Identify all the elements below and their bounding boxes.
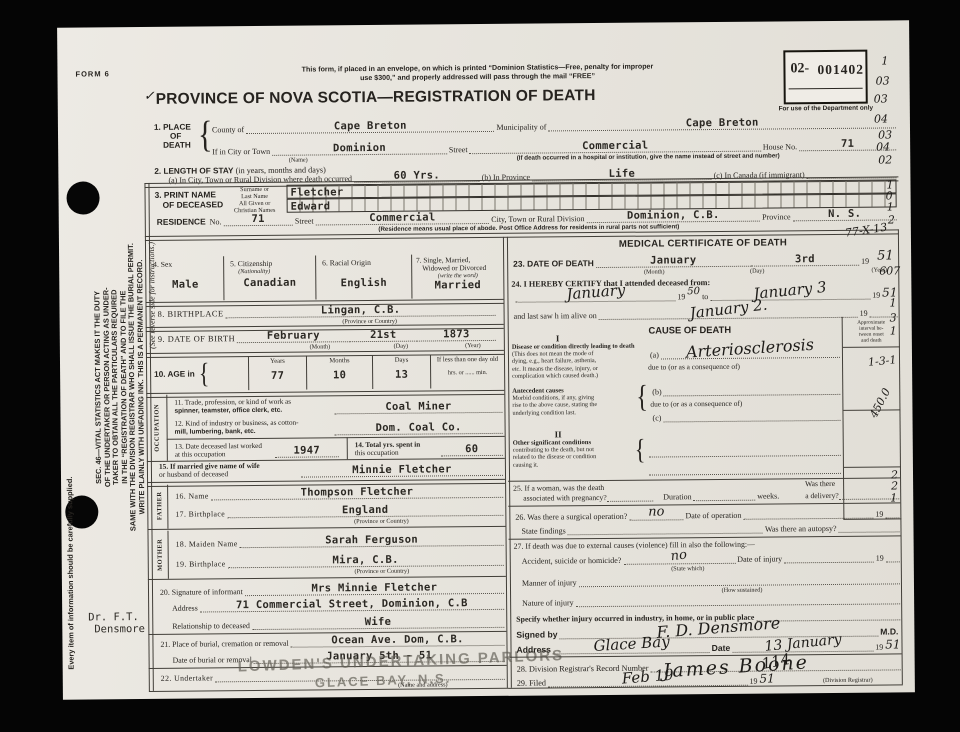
burial-place-value: Ocean Ave. Dom, C.B. <box>331 633 464 646</box>
age-row: 10. AGE in { Years 77 Months 10 Days 13 … <box>148 354 504 391</box>
margin-mark: 607 <box>879 264 900 277</box>
age-years-label: Years <box>249 356 306 366</box>
serial-number: 001402 <box>817 62 864 78</box>
doctor-name-typed: Dr. F.T. Densmore <box>88 611 145 635</box>
last-worked-line: 13. Date deceased last worked at this oc… <box>173 439 339 458</box>
pregnancy-duration-line: Duration weeks. <box>661 489 781 501</box>
certify-to-year-pre: 19 <box>872 291 880 300</box>
margin-mark: 1 <box>890 324 897 337</box>
age-days-cell: Days 13 <box>372 354 430 389</box>
residence-no-value: 71 <box>251 213 264 225</box>
medical-title: MEDICAL CERTIFICATE OF DEATH <box>509 236 897 250</box>
mother-name-line: 18. Maiden Name Sarah Ferguson <box>174 534 504 549</box>
md-date-year-hw: 51 <box>885 637 900 651</box>
margin-mark: 02 <box>878 153 892 166</box>
rule-under-father <box>147 526 505 530</box>
other-line-1 <box>649 447 841 458</box>
occupation-group-label: OCCUPATION <box>153 397 161 459</box>
informant-relation-value: Wife <box>365 616 392 628</box>
place-of-death-label: 1. PLACE OF DEATH <box>154 123 191 150</box>
given-name-value: Edward <box>291 200 331 212</box>
accident-label: Accident, suicide or homicide? <box>522 556 622 566</box>
disease-description: Disease or condition directly leading to… <box>512 343 644 380</box>
house-no-value: 71 <box>841 138 854 150</box>
accident-line: Accident, suicide or homicide? no Date o… <box>520 548 900 565</box>
cause-b-line: (b) <box>650 385 840 397</box>
serial-number-box: 02- 001402 <box>783 50 867 105</box>
antecedent-description: Antecedent causes Morbid conditions, if … <box>512 387 648 417</box>
age-brace: { <box>199 357 210 391</box>
dob-year: 1873 <box>443 328 470 340</box>
weeks-label: weeks. <box>757 491 779 500</box>
margin-mark: 1 <box>890 491 897 504</box>
injury-date-label: Date of injury <box>737 554 782 563</box>
findings-label: State findings <box>521 526 565 535</box>
age-months-cell: Months 10 <box>306 355 372 390</box>
cause-due-1: due to (or as a consequence of) <box>648 362 740 372</box>
pregnancy-label-2-line: associated with pregnancy? <box>523 491 653 503</box>
age-label-cell: 10. AGE in { <box>148 356 248 391</box>
vitals-row: 4. Sex Male 5. Citizenship (Nationality)… <box>147 254 503 301</box>
scanned-death-certificate: { "header": { "form_number": "FORM 6", "… <box>0 0 960 732</box>
accident-value-hw: no <box>670 547 688 564</box>
margin-mark: 03 <box>874 92 888 105</box>
sec46-vertical-note: SEC. 46—VITAL STATISTICS ACT MAKES IT TH… <box>92 161 148 613</box>
residence-no-label: No. <box>210 217 222 226</box>
house-no-label: House No. <box>763 142 797 151</box>
residence-division-value: Dominion, C.B. <box>627 209 720 222</box>
trade-value: Coal Miner <box>385 400 451 413</box>
margin-mark: 2 <box>888 213 895 226</box>
mother-name-label: 18. Maiden Name <box>176 539 238 549</box>
county-value: Cape Breton <box>334 120 407 133</box>
certify-from-year-hw: 50 <box>687 286 700 297</box>
cause-part2-roman: II <box>555 429 562 439</box>
margin-mark: 03 <box>876 74 890 87</box>
margin-mark: 1 <box>887 200 894 213</box>
age-months-value: 10 <box>307 369 372 382</box>
municipality-value: Cape Breton <box>686 117 759 130</box>
filed-label: 29. Filed <box>517 678 546 687</box>
serial-box-rule <box>789 88 863 90</box>
father-birthplace-note: (Province or Country) <box>301 517 461 525</box>
certificate-paper: FORM 6 SEC. 46—VITAL STATISTICS ACT MAKE… <box>57 20 915 699</box>
duration-label: Duration <box>663 492 692 501</box>
informant-relation-label: Relationship to deceased <box>172 621 250 631</box>
age-less-label: If less than one day old <box>431 354 504 364</box>
last-worked-label: 13. Date deceased last worked at this oc… <box>175 442 273 459</box>
cause-c-label: (c) <box>652 413 661 422</box>
date-of-birth-line: 9. DATE OF BIRTH February 21st 1873 <box>156 329 496 344</box>
residence-label: RESIDENCE <box>157 216 206 226</box>
findings-line: State findings Was there an autopsy? <box>519 520 899 535</box>
total-years-label: 14. Total yrs. spent in this occupation <box>355 440 439 457</box>
mail-note: This form, if placed in an envelope, on … <box>207 62 747 85</box>
county-label: County of <box>212 125 244 134</box>
dod-year-handwritten: 51 <box>877 248 894 263</box>
rule-under-mother <box>148 576 506 580</box>
cause-due-2: due to (or as a consequence of) <box>650 399 742 409</box>
cause-a-value: Arteriosclerosis <box>686 335 815 362</box>
occ-1314-divider <box>347 437 348 459</box>
spouse-value: Minnie Fletcher <box>352 463 451 476</box>
informant-label: 20. Signature of informant <box>160 587 243 597</box>
dod-day-note: (Day) <box>727 267 787 275</box>
burial-place-label: 21. Place of burial, cremation or remova… <box>160 639 288 649</box>
last-worked-value: 1947 <box>293 444 320 456</box>
surname-cell-label: Surname or Last Name <box>224 186 284 201</box>
cause-c-line: (c) <box>650 411 840 423</box>
father-birthplace-label: 17. Birthplace <box>175 509 225 518</box>
md-label: M.D. <box>880 626 898 636</box>
city-value: Dominion <box>333 142 386 154</box>
md-address-hw: Glace Bay <box>593 632 670 655</box>
operation-label: 26. Was there a surgical operation? <box>515 512 627 522</box>
birthplace-label: 8. BIRTHPLACE <box>158 309 224 319</box>
cause-a-label: (a) <box>650 350 659 359</box>
racial-origin-cell: 6. Racial Origin English <box>315 255 411 300</box>
dod-month: January <box>650 254 696 266</box>
municipality-label: Municipality of <box>496 122 546 131</box>
total-years-value: 60 <box>465 443 478 455</box>
last-seen-hw: January 2. <box>688 296 767 323</box>
dob-month-note: (Month) <box>290 343 350 351</box>
city-label: If in City or Town <box>212 147 270 157</box>
mother-birthplace-note: (Province or Country) <box>302 567 462 575</box>
date-of-death-line: 23. DATE OF DEATH January 3rd 19 <box>511 253 871 269</box>
age-days-value: 13 <box>373 368 430 380</box>
residence-province-label: Province <box>762 212 791 221</box>
street-value: Commercial <box>582 140 648 153</box>
dob-month: February <box>267 329 320 341</box>
age-years-value: 77 <box>249 369 306 381</box>
city-name-note: (Name) <box>238 156 358 164</box>
last-seen-label: and last saw h im alive on <box>514 311 597 321</box>
print-name-label: 3. PRINT NAME OF DECEASED <box>155 189 224 210</box>
margin-mark: 1-3-1 <box>867 353 897 369</box>
birthplace-value: Lingan, C.B. <box>321 304 401 317</box>
mother-birthplace-value: Mira, C.B. <box>332 554 398 567</box>
filed-year-pre: 19 <box>749 677 757 686</box>
manner-line: Manner of injury <box>520 572 900 587</box>
state-which-note: (State which) <box>638 565 738 573</box>
informant-address-line: Address 71 Commercial Street, Dominion, … <box>170 598 504 613</box>
age-years-cell: Years 77 <box>248 356 306 391</box>
marital-status-cell: 7. Single, Married, Widowed or Divorced … <box>411 254 503 299</box>
citizenship-cell: 5. Citizenship (Nationality) Canadian <box>223 255 315 300</box>
father-group-label: FATHER <box>156 486 163 526</box>
manner-label: Manner of injury <box>522 578 577 587</box>
sex-cell: 4. Sex Male <box>147 256 223 301</box>
md-address-label: Address <box>516 644 550 654</box>
check-mark: ✓ <box>144 89 155 104</box>
md-date-label: Date <box>712 643 731 653</box>
residence-street-value: Commercial <box>369 211 435 224</box>
father-cell-divider <box>167 485 168 529</box>
autopsy-label: Was there an autopsy? <box>765 524 837 534</box>
dod-year-pre: 19 <box>861 257 869 266</box>
residence-street-label: Street <box>295 216 314 225</box>
rule-under-cause <box>508 477 900 481</box>
cause-part1-roman: I <box>556 333 560 343</box>
last-seen-line: and last saw h im alive on January 2. 19 <box>512 304 898 320</box>
mother-birthplace-label: 19. Birthplace <box>176 559 226 568</box>
dob-year-note: (Year) <box>450 342 496 349</box>
industry-label: 12. Kind of industry or business, as cot… <box>175 418 333 436</box>
antecedent-brace: { <box>636 381 648 416</box>
informant-value: Mrs Minnie Fletcher <box>311 581 437 594</box>
father-name-value: Thompson Fletcher <box>301 486 414 499</box>
page-title: PROVINCE OF NOVA SCOTIA—REGISTRATION OF … <box>156 87 596 109</box>
margin-mark: 3 <box>890 311 897 324</box>
margin-mark: 04 <box>874 112 888 125</box>
every-item-note: Every item of information should be care… <box>64 408 75 670</box>
residence-division-label: City, Town or Rural Division <box>491 214 584 224</box>
racial-origin-label: 6. Racial Origin <box>316 255 411 268</box>
dod-day: 3rd <box>795 253 815 265</box>
mother-cell-divider <box>167 531 168 579</box>
citizenship-value: Canadian <box>224 277 315 290</box>
dod-month-note: (Month) <box>619 268 689 276</box>
injury-year-pre: 19 <box>876 554 884 563</box>
department-note: For use of the Department only <box>746 104 906 112</box>
nature-label: Nature of injury <box>522 598 574 607</box>
dob-day-note: (Day) <box>378 343 424 350</box>
cause-a-line: (a) Arteriosclerosis <box>648 343 840 360</box>
sex-value: Male <box>147 278 223 291</box>
operation-value-hw: no <box>648 504 664 519</box>
dod-label: 23. DATE OF DEATH <box>513 258 594 269</box>
age-months-label: Months <box>307 355 372 365</box>
informant-relation-line: Relationship to deceased Wife <box>170 616 504 631</box>
residence-province-value: N. S. <box>828 208 861 220</box>
other-line-2 <box>649 465 841 476</box>
delivery-label-2-line: a delivery? <box>805 488 899 500</box>
serial-prefix: 02- <box>790 61 809 77</box>
spouse-label: 15. If married give name of wife or husb… <box>159 462 299 479</box>
occupation-cell-divider <box>166 395 168 461</box>
cause-b-label: (b) <box>652 387 661 396</box>
surname-value: Fletcher <box>290 186 343 198</box>
father-name-line: 16. Name Thompson Fletcher <box>173 486 503 501</box>
citizenship-sub: (Nationality) <box>224 267 315 275</box>
operation-date-label: Date of operation <box>685 511 741 520</box>
father-name-label: 16. Name <box>175 491 209 500</box>
dob-label: 9. DATE OF BIRTH <box>158 334 235 344</box>
operation-line: 26. Was there a surgical operation? no D… <box>513 505 899 521</box>
dob-day: 21st <box>370 329 397 341</box>
age-hrs-min: hrs. or ...... min. <box>431 368 504 376</box>
age-label: 10. AGE in <box>148 369 195 378</box>
total-years-line: 14. Total yrs. spent in this occupation … <box>353 438 503 457</box>
age-days-label: Days <box>373 354 430 364</box>
margin-mark: 1 <box>889 296 896 309</box>
signed-by-label: Signed by <box>516 629 557 639</box>
form-number: FORM 6 <box>75 69 109 78</box>
nature-line: Nature of injury <box>520 592 900 607</box>
division-registrar-note: (Division Registrar) <box>793 676 903 684</box>
margin-mark: 1 <box>881 54 888 67</box>
mother-name-value: Sarah Ferguson <box>325 534 418 547</box>
industry-line: 12. Kind of industry or business, as cot… <box>173 416 503 437</box>
delivery-label-2: a delivery? <box>805 491 839 500</box>
delivery-label-1: Was there <box>805 479 835 488</box>
street-label: Street <box>449 145 468 154</box>
other-conditions-description: Other significant conditions contributin… <box>513 439 649 469</box>
father-birthplace-value: England <box>342 504 388 516</box>
trade-line: 11. Trade, profession, or kind of work a… <box>172 395 502 416</box>
spouse-line: 15. If married give name of wife or husb… <box>157 460 503 479</box>
mother-group-label: MOTHER <box>156 533 163 577</box>
place-county-line: County of Cape Breton Municipality of Ca… <box>210 116 896 134</box>
marital-value: Married <box>412 279 503 292</box>
margin-mark: 04 <box>876 140 890 153</box>
industry-value: Dom. Coal Co. <box>375 421 461 434</box>
informant-address-label: Address <box>172 604 198 613</box>
undertaker-label: 22. Undertaker <box>161 673 213 682</box>
trade-label: 11. Trade, profession, or kind of work a… <box>174 397 332 415</box>
md-date-year-pre: 19 <box>875 643 883 652</box>
informant-line: 20. Signature of informant Mrs Minnie Fl… <box>158 582 504 597</box>
racial-origin-value: English <box>316 277 411 290</box>
age-less-cell: If less than one day old hrs. or ...... … <box>430 354 504 389</box>
pregnancy-label-2: associated with pregnancy? <box>523 493 607 503</box>
citizenship-label: 5. Citizenship <box>224 255 315 268</box>
other-conditions-brace: { <box>635 433 646 467</box>
operation-year-pre: 19 <box>875 510 883 519</box>
informant-address-value: 71 Commercial Street, Dominion, C.B <box>236 597 468 611</box>
burial-place-line: 21. Place of burial, cremation or remova… <box>158 634 504 649</box>
sex-label: 4. Sex <box>147 256 223 269</box>
cause-of-death-title: CAUSE OF DEATH <box>560 323 820 336</box>
